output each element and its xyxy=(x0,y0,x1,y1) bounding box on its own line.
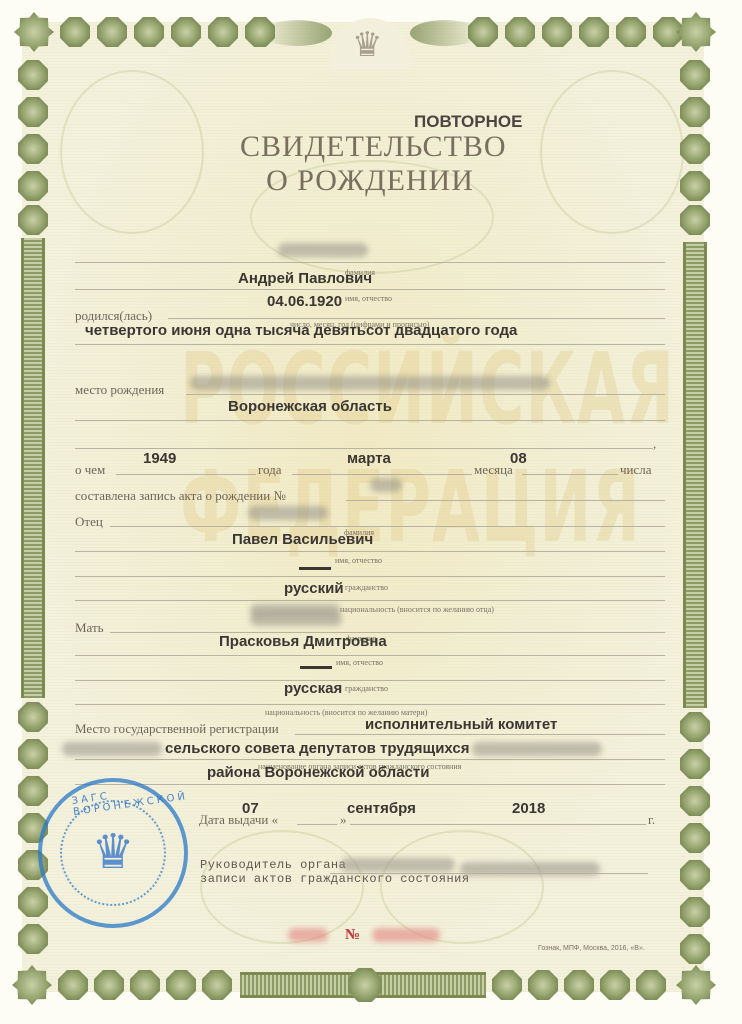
rule xyxy=(75,704,665,705)
border-medallion xyxy=(18,171,48,201)
rule xyxy=(297,824,337,825)
registration-line3: района Воронежской области xyxy=(207,764,429,781)
day-label: числа xyxy=(620,462,652,478)
issue-year: 2018 xyxy=(512,800,545,817)
border-medallion xyxy=(680,171,710,201)
child-dob-words: четвертого июня одна тысяча девятьсот дв… xyxy=(85,322,517,339)
comma: , xyxy=(653,436,656,452)
border-medallion xyxy=(680,786,710,816)
rule xyxy=(186,394,665,395)
border-medallion xyxy=(18,134,48,164)
border-medallion xyxy=(680,712,710,742)
border-medallion xyxy=(97,17,127,47)
year-label: года xyxy=(258,462,282,478)
border-medallion xyxy=(680,97,710,127)
border-medallion xyxy=(130,970,160,1000)
registration-label: Место государственной регистрации xyxy=(75,721,279,737)
border-corner xyxy=(12,965,52,1005)
mother-nationality: русская xyxy=(284,680,342,697)
rule xyxy=(75,448,653,449)
issue-year-suffix: г. xyxy=(648,812,655,828)
registration-prefix-redacted xyxy=(62,742,162,756)
border-medallion xyxy=(94,970,124,1000)
father-nationality: русский xyxy=(284,580,344,597)
signature-label-line2: записи актов гражданского состояния xyxy=(200,872,470,886)
registration-line2: сельского совета депутатов трудящихся xyxy=(165,740,470,757)
border-medallion xyxy=(18,702,48,732)
serial-series-redacted xyxy=(288,928,328,942)
border-medallion xyxy=(166,970,196,1000)
birth-certificate: РОССИЙСКАЯ ФЕДЕРАЦИЯ ♛ xyxy=(0,0,742,1024)
border-strip-right xyxy=(683,242,707,708)
record-month: марта xyxy=(347,450,391,467)
border-medallion xyxy=(680,897,710,927)
border-medallion xyxy=(680,860,710,890)
title-line-1: СВИДЕТЕЛЬСТВО xyxy=(240,130,500,164)
mother-label: Мать xyxy=(75,620,104,636)
mother-surname-redacted xyxy=(250,612,342,626)
father-surname-redacted xyxy=(248,506,328,520)
border-corner xyxy=(14,12,54,52)
rule xyxy=(346,500,665,501)
rule xyxy=(75,680,665,681)
duplicate-stamp: ПОВТОРНОЕ xyxy=(414,112,522,132)
border-medallion xyxy=(564,970,594,1000)
border-medallion xyxy=(680,60,710,90)
issue-close-quote: » xyxy=(340,812,347,828)
mother-name-sublabel: имя, отчество xyxy=(336,658,383,667)
border-medallion xyxy=(680,823,710,853)
official-seal: ЗАГС ВОРОНЕЖСКОЙ ♛ xyxy=(38,778,188,928)
rule xyxy=(75,262,665,263)
rule xyxy=(75,551,665,552)
border-medallion xyxy=(171,17,201,47)
border-medallion xyxy=(18,60,48,90)
border-medallion xyxy=(636,970,666,1000)
rule xyxy=(295,734,665,735)
border-medallion xyxy=(579,17,609,47)
border-corner xyxy=(676,965,716,1005)
rule xyxy=(75,759,665,760)
border-medallion xyxy=(18,924,48,954)
laurel-left xyxy=(262,20,332,46)
border-medallion xyxy=(134,17,164,47)
border-medallion xyxy=(468,17,498,47)
issue-date-label: Дата выдачи « xyxy=(199,812,278,828)
father-name: Павел Васильевич xyxy=(232,531,373,548)
birthplace-label: место рождения xyxy=(75,382,164,398)
border-medallion xyxy=(505,17,535,47)
rule xyxy=(110,632,665,633)
rule xyxy=(292,474,472,475)
border-medallion xyxy=(600,970,630,1000)
father-name-sublabel: имя, отчество xyxy=(335,556,382,565)
printer-imprint: Гознак, МПФ, Москва, 2016, «В». xyxy=(538,945,645,952)
father-nationality-sublabel: национальность (вносится по желанию отца… xyxy=(340,605,494,614)
double-headed-eagle-icon: ♛ xyxy=(352,26,382,66)
ornament xyxy=(380,830,544,944)
border-medallion xyxy=(18,97,48,127)
serial-number-sign: № xyxy=(345,927,360,944)
border-medallion xyxy=(202,970,232,1000)
record-number-redacted xyxy=(370,478,402,492)
father-citizenship-sublabel: гражданство xyxy=(345,583,388,592)
border-medallion xyxy=(18,739,48,769)
rule xyxy=(75,576,665,577)
child-surname-redacted xyxy=(278,243,368,257)
record-year: 1949 xyxy=(143,450,176,467)
month-label: месяца xyxy=(474,462,513,478)
rule xyxy=(75,600,665,601)
document-title: СВИДЕТЕЛЬСТВО О РОЖДЕНИИ xyxy=(240,130,500,198)
border-medallion xyxy=(680,205,710,235)
border-medallion xyxy=(528,970,558,1000)
mother-citizenship-sublabel: гражданство xyxy=(345,684,388,693)
rule xyxy=(350,824,646,825)
birthplace-line1-redacted xyxy=(190,376,550,390)
birthplace-region: Воронежская область xyxy=(228,398,392,415)
ornament xyxy=(200,830,364,944)
border-medallion xyxy=(680,934,710,964)
border-medallion xyxy=(492,970,522,1000)
border-strip-left xyxy=(21,238,45,698)
child-name: Андрей Павлович xyxy=(238,270,372,287)
signature-redacted xyxy=(340,858,455,872)
border-medallion xyxy=(542,17,572,47)
double-headed-eagle-icon: ♛ xyxy=(62,824,164,880)
record-number-label: составлена запись акта о рождении № xyxy=(75,488,286,504)
rule xyxy=(75,420,665,421)
rule xyxy=(110,526,665,527)
ornament xyxy=(540,70,684,234)
rule xyxy=(75,655,665,656)
border-medallion xyxy=(18,887,48,917)
border-medallion xyxy=(60,17,90,47)
registration-suffix-redacted xyxy=(472,742,602,756)
border-medallion xyxy=(18,776,48,806)
border-medallion xyxy=(680,134,710,164)
father-citizenship-dash xyxy=(299,567,331,570)
rule xyxy=(522,474,618,475)
child-dob-digits: 04.06.1920 xyxy=(267,293,342,310)
child-name-sublabel: имя, отчество xyxy=(345,294,392,303)
border-medallion xyxy=(18,205,48,235)
rule xyxy=(75,289,665,290)
border-corner xyxy=(676,12,716,52)
about-label: о чем xyxy=(75,462,105,478)
signature-label-line1: Руководитель органа xyxy=(200,858,346,872)
border-medallion xyxy=(208,17,238,47)
registration-line1: исполнительный комитет xyxy=(365,716,557,733)
rule xyxy=(116,474,256,475)
mother-name: Прасковья Дмитровна xyxy=(219,633,387,650)
serial-number-redacted xyxy=(372,928,440,942)
title-line-2: О РОЖДЕНИИ xyxy=(240,164,500,198)
rule xyxy=(330,873,648,874)
father-label: Отец xyxy=(75,514,103,530)
rule xyxy=(75,344,665,345)
border-medallion xyxy=(616,17,646,47)
issue-month: сентября xyxy=(347,800,416,817)
border-medallion xyxy=(58,970,88,1000)
seal-inner-ring: ♛ xyxy=(60,800,166,906)
ornament xyxy=(60,70,204,234)
rule xyxy=(168,318,665,319)
border-medallion xyxy=(680,749,710,779)
mother-citizenship-dash xyxy=(300,666,332,669)
